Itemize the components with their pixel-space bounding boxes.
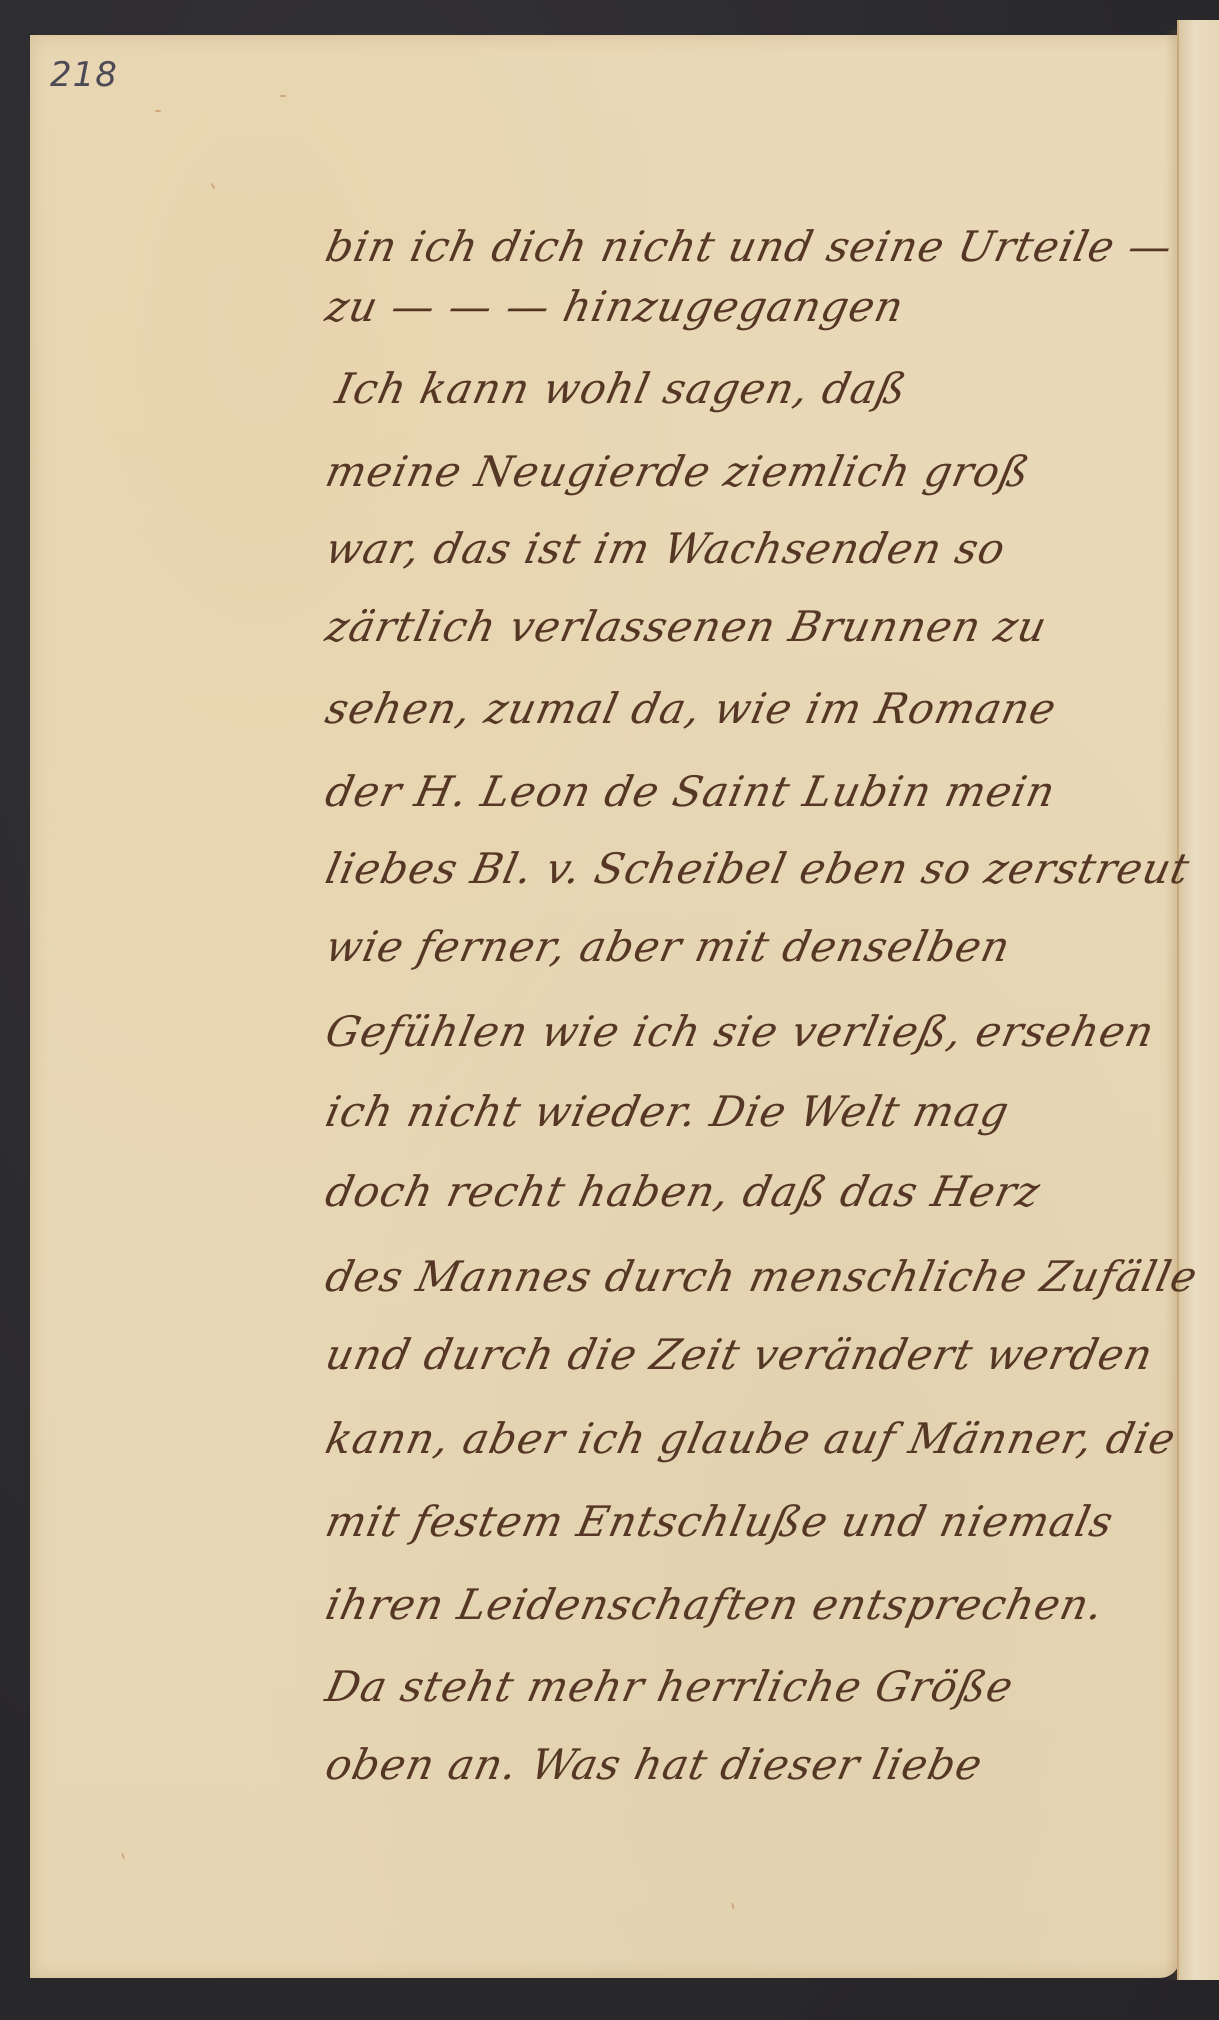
manuscript-line: der H. Leon de Saint Lubin mein xyxy=(318,767,1060,831)
manuscript-line: bin ich dich nicht und seine Urteile — xyxy=(318,222,1177,286)
page-spine-edge xyxy=(1177,20,1219,1980)
manuscript-line: Gefühlen wie ich sie verließ, ersehen xyxy=(318,1007,1159,1071)
manuscript-line: und durch die Zeit verändert werden xyxy=(318,1330,1158,1394)
manuscript-line: kann, aber ich glaube auf Männer, die xyxy=(318,1414,1180,1478)
manuscript-line: war, das ist im Wachsenden so xyxy=(318,524,1010,588)
manuscript-line: zärtlich verlassenen Brunnen zu xyxy=(318,602,1051,666)
manuscript-line: meine Neugierde ziemlich groß xyxy=(318,447,1034,511)
manuscript-line: oben an. Was hat dieser liebe xyxy=(318,1740,987,1804)
manuscript-line: sehen, zumal da, wie im Romane xyxy=(318,684,1061,748)
manuscript-line: Ich kann wohl sagen, daß xyxy=(328,364,911,428)
paper-speck xyxy=(280,95,286,97)
manuscript-line: des Mannes durch menschliche Zufälle xyxy=(318,1252,1202,1316)
manuscript-line: Da steht mehr herrliche Größe xyxy=(318,1662,1018,1726)
manuscript-line: ihren Leidenschaften entsprechen. xyxy=(318,1580,1108,1644)
manuscript-line: doch recht haben, daß das Herz xyxy=(318,1167,1045,1231)
paper-speck xyxy=(731,1903,734,1909)
paper-speck xyxy=(211,183,216,189)
paper-speck xyxy=(155,110,161,112)
manuscript-line: ich nicht wieder. Die Welt mag xyxy=(318,1087,1014,1151)
manuscript-line: wie ferner, aber mit denselben xyxy=(318,922,1015,986)
folio-number: 218 xyxy=(50,55,118,95)
manuscript-line: zu — — — hinzugegangen xyxy=(318,282,908,346)
manuscript-line: mit festem Entschluße und niemals xyxy=(318,1497,1118,1561)
manuscript-line: liebes Bl. v. Scheibel eben so zerstreut xyxy=(318,844,1194,908)
paper-speck xyxy=(121,1853,125,1859)
